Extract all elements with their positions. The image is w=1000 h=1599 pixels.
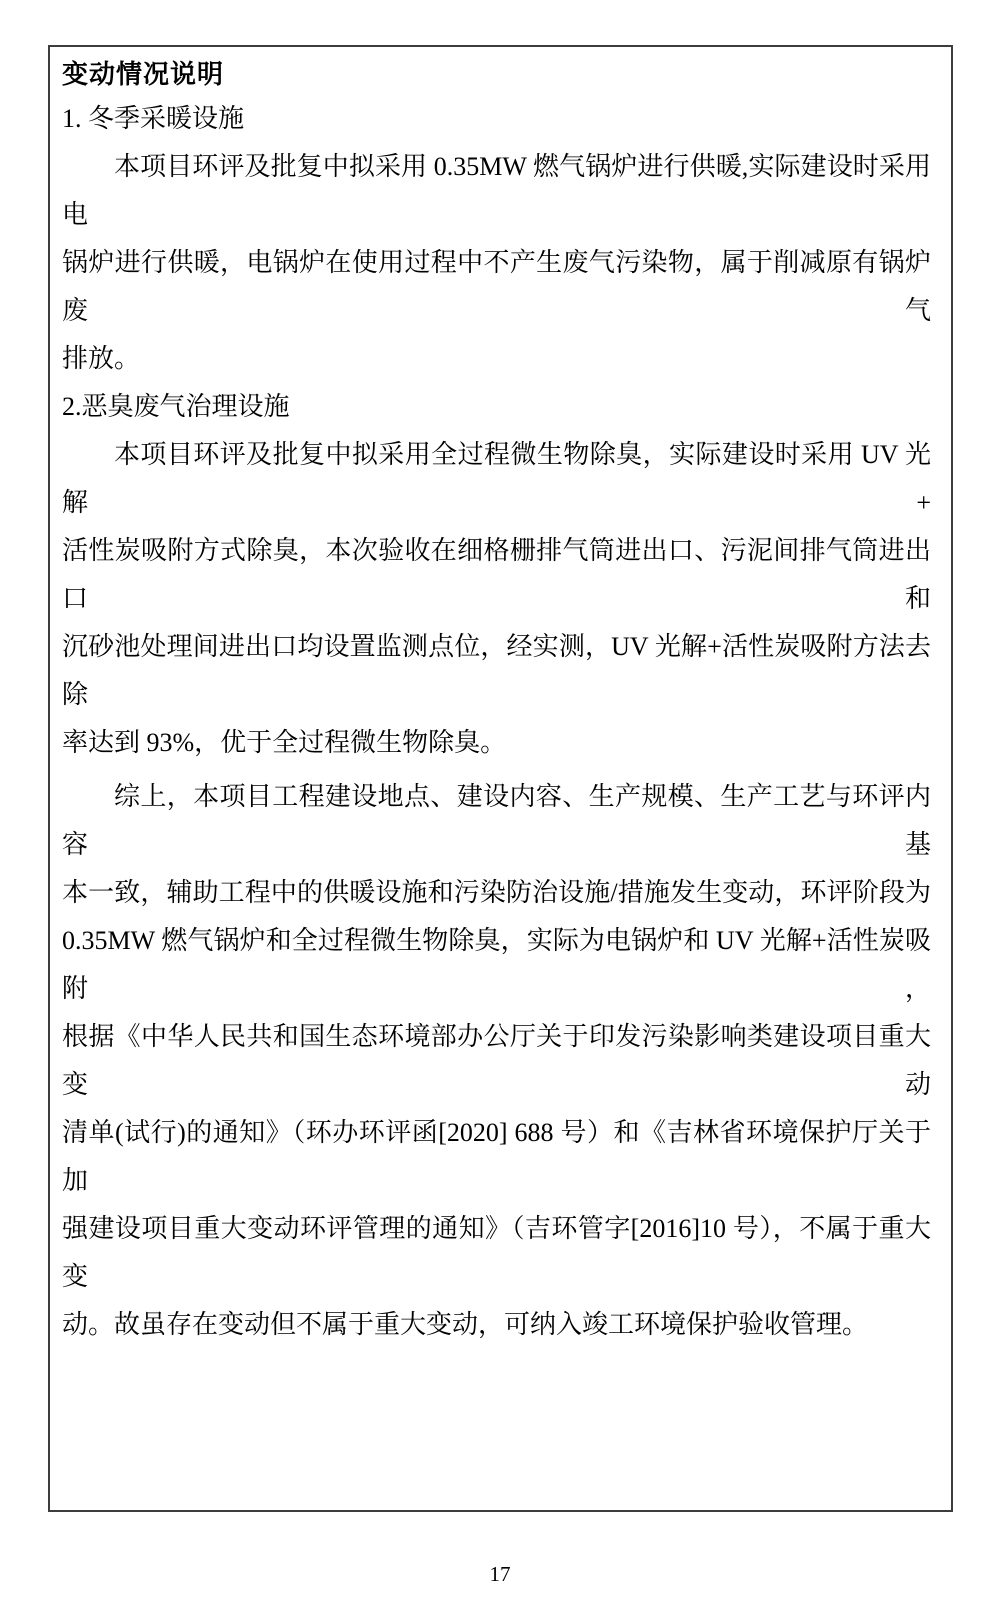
section-heading: 变动情况说明 bbox=[62, 55, 931, 95]
paragraph-line: 动。故虽存在变动但不属于重大变动，可纳入竣工环境保护验收管理。 bbox=[62, 1301, 931, 1349]
paragraph-line: 强建设项目重大变动环评管理的通知》（吉环管字[2016]10 号），不属于重大变 bbox=[62, 1205, 931, 1301]
paragraph-line: 锅炉进行供暖，电锅炉在使用过程中不产生废气污染物，属于削减原有锅炉废气 bbox=[62, 239, 931, 335]
list-item-1-heading: 1. 冬季采暖设施 bbox=[62, 95, 931, 143]
paragraph-line: 根据《中华人民共和国生态环境部办公厅关于印发污染影响类建设项目重大变动 bbox=[62, 1013, 931, 1109]
paragraph-line: 率达到 93%，优于全过程微生物除臭。 bbox=[62, 719, 931, 767]
paragraph-line: 清单(试行)的通知》（环办环评函[2020] 688 号）和《吉林省环境保护厅关… bbox=[62, 1109, 931, 1205]
paragraph-line: 本一致，辅助工程中的供暖设施和污染防治设施/措施发生变动，环评阶段为 bbox=[62, 869, 931, 917]
page-number: 17 bbox=[0, 1561, 1000, 1587]
change-description-box: 变动情况说明 1. 冬季采暖设施 本项目环评及批复中拟采用 0.35MW 燃气锅… bbox=[48, 45, 953, 1512]
paragraph-line: 排放。 bbox=[62, 335, 931, 383]
list-item-2-heading: 2.恶臭废气治理设施 bbox=[62, 383, 931, 431]
paragraph-line: 沉砂池处理间进出口均设置监测点位，经实测，UV 光解+活性炭吸附方法去除 bbox=[62, 623, 931, 719]
paragraph-line: 综上，本项目工程建设地点、建设内容、生产规模、生产工艺与环评内容基 bbox=[62, 773, 931, 869]
document-page: 变动情况说明 1. 冬季采暖设施 本项目环评及批复中拟采用 0.35MW 燃气锅… bbox=[0, 0, 1000, 1599]
paragraph-line: 活性炭吸附方式除臭，本次验收在细格栅排气筒进出口、污泥间排气筒进出口和 bbox=[62, 527, 931, 623]
paragraph-line: 0.35MW 燃气锅炉和全过程微生物除臭，实际为电锅炉和 UV 光解+活性炭吸附… bbox=[62, 917, 931, 1013]
paragraph-line: 本项目环评及批复中拟采用 0.35MW 燃气锅炉进行供暖,实际建设时采用电 bbox=[62, 143, 931, 239]
paragraph-line: 本项目环评及批复中拟采用全过程微生物除臭，实际建设时采用 UV 光解+ bbox=[62, 431, 931, 527]
